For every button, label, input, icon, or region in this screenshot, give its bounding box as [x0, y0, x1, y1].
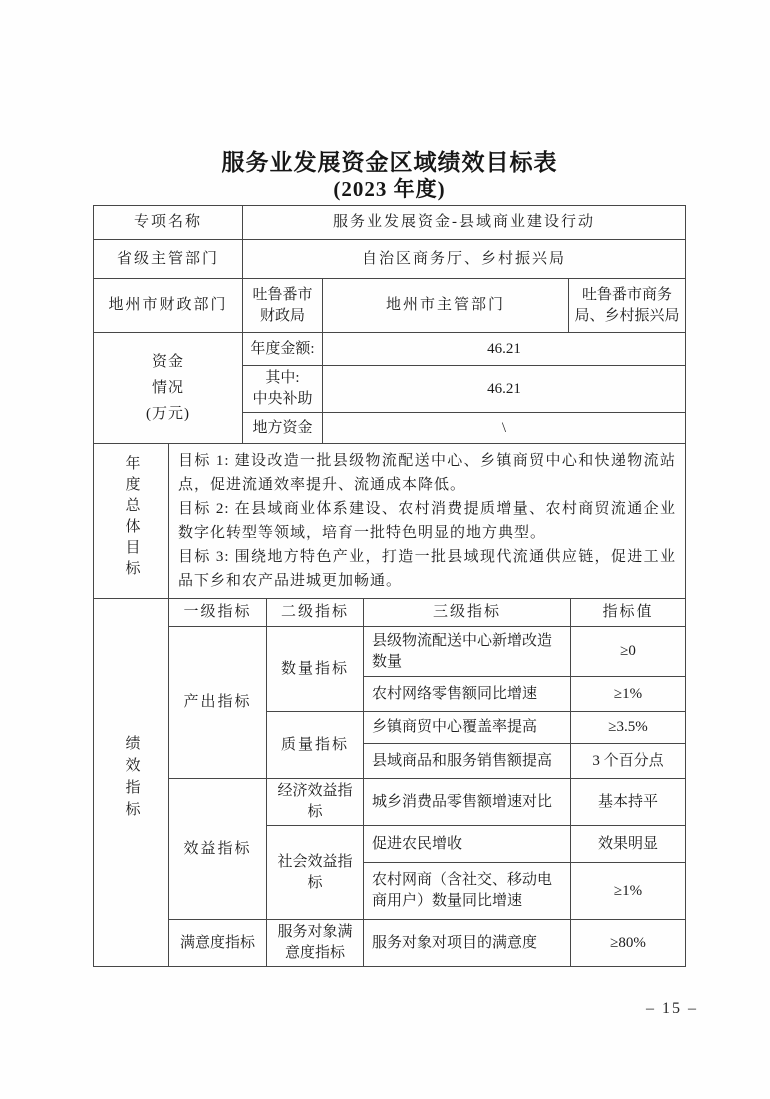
- indicator-name-cell: 县域商品和服务销售额提高: [364, 744, 571, 779]
- level2-social-benefit-indicators: 社会效益指标: [267, 826, 364, 920]
- indicator-value-cell: ≥1%: [571, 863, 686, 920]
- goal-item: 目标 3: 围绕地方特色产业，打造一批县域现代流通供应链，促进工业品下乡和农产品…: [178, 545, 676, 593]
- indicators-table: 绩效指标 一级指标 二级指标 三级指标 指标值 产出指标 数量指标 县级物流配送…: [93, 598, 686, 967]
- level1-satisfaction-indicators: 满意度指标: [169, 920, 267, 967]
- indicator-name-cell: 城乡消费品零售额增速对比: [364, 779, 571, 826]
- annual-amount-label: 年度金额:: [243, 333, 323, 366]
- indicator-name-cell: 县级物流配送中心新增改造数量: [364, 627, 571, 677]
- indicators-section-label: 绩效指标: [94, 599, 169, 967]
- table-row: 省级主管部门 自治区商务厅、乡村振兴局: [94, 240, 686, 279]
- local-funds-label: 地方资金: [243, 413, 323, 444]
- level1-benefit-indicators: 效益指标: [169, 779, 267, 920]
- table-row: 专项名称 服务业发展资金-县域商业建设行动: [94, 206, 686, 240]
- central-subsidy-label: 其中: 中央补助: [243, 366, 323, 413]
- indicator-row: 效益指标 经济效益指标 城乡消费品零售额增速对比 基本持平: [94, 779, 686, 826]
- indicator-value-cell: 效果明显: [571, 826, 686, 863]
- central-subsidy-value: 46.21: [323, 366, 686, 413]
- funds-label-line: (万元): [99, 401, 237, 427]
- level1-output-indicators: 产出指标: [169, 627, 267, 779]
- indicator-value-cell: ≥80%: [571, 920, 686, 967]
- level2-quantity-indicators: 数量指标: [267, 627, 364, 712]
- page-title: 服务业发展资金区域绩效目标表: [93, 149, 686, 177]
- indicators-header-row: 绩效指标 一级指标 二级指标 三级指标 指标值: [94, 599, 686, 627]
- table-row: 年度总体目标 目标 1: 建设改造一批县级物流配送中心、乡镇商贸中心和快递物流站…: [94, 444, 686, 599]
- indicator-name-cell: 农村网络零售额同比增速: [364, 677, 571, 712]
- table-row: 地州市财政部门 吐鲁番市财政局 地州市主管部门 吐鲁番市商务局、乡村振兴局: [94, 279, 686, 333]
- page-subtitle: (2023 年度): [93, 177, 686, 202]
- table-row: 资金 情况 (万元) 年度金额: 46.21: [94, 333, 686, 366]
- indicator-row: 满意度指标 服务对象满意度指标 服务对象对项目的满意度 ≥80%: [94, 920, 686, 967]
- project-name-value: 服务业发展资金-县域商业建设行动: [243, 206, 686, 240]
- page-number: – 15 –: [646, 1000, 698, 1018]
- indicator-row: 产出指标 数量指标 县级物流配送中心新增改造数量 ≥0: [94, 627, 686, 677]
- funds-section-label: 资金 情况 (万元): [94, 333, 243, 444]
- level2-service-object-satisfaction: 服务对象满意度指标: [267, 920, 364, 967]
- header-level1: 一级指标: [169, 599, 267, 627]
- annual-goals-table: 年度总体目标 目标 1: 建设改造一批县级物流配送中心、乡镇商贸中心和快递物流站…: [93, 443, 686, 599]
- indicator-name-cell: 乡镇商贸中心覆盖率提高: [364, 712, 571, 744]
- annual-goals-content: 目标 1: 建设改造一批县级物流配送中心、乡镇商贸中心和快递物流站点，促进流通效…: [169, 444, 686, 599]
- goal-item: 目标 2: 在县域商业体系建设、农村消费提质增量、农村商贸流通企业数字化转型等领…: [178, 497, 676, 545]
- provincial-dept-value: 自治区商务厅、乡村振兴局: [243, 240, 686, 279]
- indicators-section-label-text: 绩效指标: [124, 735, 139, 823]
- indicator-name-cell: 促进农民增收: [364, 826, 571, 863]
- level2-quality-indicators: 质量指标: [267, 712, 364, 779]
- local-funds-value: \: [323, 413, 686, 444]
- funds-label-line: 情况: [99, 375, 237, 401]
- indicator-name-cell: 农村网商（含社交、移动电商用户）数量同比增速: [364, 863, 571, 920]
- central-subsidy-label-line: 中央补助: [248, 389, 317, 410]
- indicator-value-cell: 基本持平: [571, 779, 686, 826]
- annual-amount-value: 46.21: [323, 333, 686, 366]
- indicator-value-cell: ≥3.5%: [571, 712, 686, 744]
- document-page: 服务业发展资金区域绩效目标表 (2023 年度) 专项名称 服务业发展资金-县域…: [93, 0, 686, 967]
- info-table: 专项名称 服务业发展资金-县域商业建设行动 省级主管部门 自治区商务厅、乡村振兴…: [93, 205, 686, 444]
- header-level3: 三级指标: [364, 599, 571, 627]
- indicator-value-cell: 3 个百分点: [571, 744, 686, 779]
- indicator-value-cell: ≥1%: [571, 677, 686, 712]
- level2-economic-benefit-indicators: 经济效益指标: [267, 779, 364, 826]
- prefecture-finance-value: 吐鲁番市财政局: [243, 279, 323, 333]
- prefecture-dept-label: 地州市主管部门: [323, 279, 569, 333]
- provincial-dept-label: 省级主管部门: [94, 240, 243, 279]
- annual-goals-label: 年度总体目标: [94, 444, 169, 599]
- central-subsidy-label-line: 其中:: [248, 368, 317, 389]
- goal-item: 目标 1: 建设改造一批县级物流配送中心、乡镇商贸中心和快递物流站点，促进流通效…: [178, 449, 676, 497]
- header-value: 指标值: [571, 599, 686, 627]
- indicator-value-cell: ≥0: [571, 627, 686, 677]
- funds-label-line: 资金: [99, 349, 237, 375]
- indicator-name-cell: 服务对象对项目的满意度: [364, 920, 571, 967]
- project-name-label: 专项名称: [94, 206, 243, 240]
- prefecture-dept-value: 吐鲁番市商务局、乡村振兴局: [569, 279, 686, 333]
- annual-goals-label-text: 年度总体目标: [124, 455, 139, 581]
- prefecture-finance-label: 地州市财政部门: [94, 279, 243, 333]
- header-level2: 二级指标: [267, 599, 364, 627]
